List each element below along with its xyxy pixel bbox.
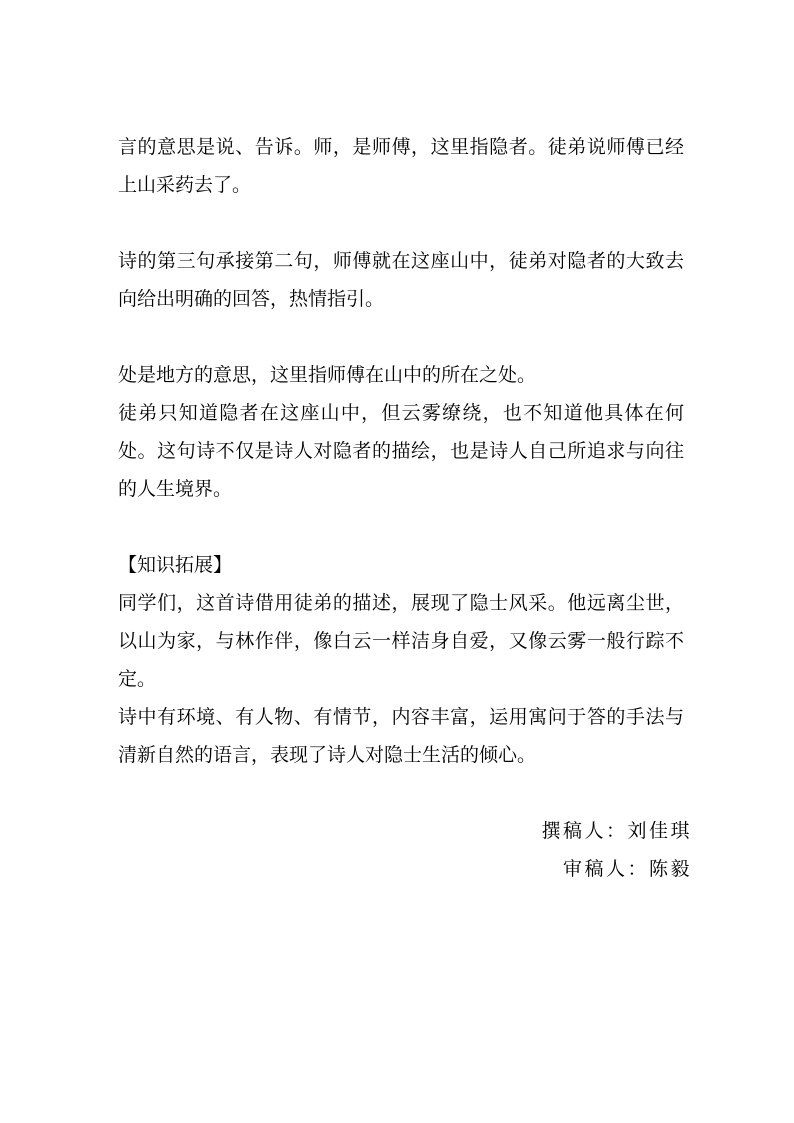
text-line: 上山采药去了。 xyxy=(118,167,684,205)
text-line: 定。 xyxy=(118,661,684,699)
text-line: 徒弟只知道隐者在这座山中，但云雾缭绕，也不知道他具体在何 xyxy=(118,395,684,433)
text-line: 诗的第三句承接第二句，师傅就在这座山中，徒弟对隐者的大致去 xyxy=(118,243,684,281)
text-line: 的人生境界。 xyxy=(118,471,684,509)
blank-line xyxy=(118,319,684,357)
text-line: 清新自然的语言，表现了诗人对隐士生活的倾心。 xyxy=(118,737,684,775)
text-line: 以山为家，与林作伴，像白云一样洁身自爱，又像云雾一般行踪不 xyxy=(118,623,684,661)
text-line: 言的意思是说、告诉。师，是师傅，这里指隐者。徒弟说师傅已经 xyxy=(118,129,684,167)
document-page: 言的意思是说、告诉。师，是师傅，这里指隐者。徒弟说师傅已经上山采药去了。诗的第三… xyxy=(0,0,794,1123)
document-content: 言的意思是说、告诉。师，是师傅，这里指隐者。徒弟说师傅已经上山采药去了。诗的第三… xyxy=(118,129,684,889)
blank-line xyxy=(118,205,684,243)
text-line: 【知识拓展】 xyxy=(118,547,684,585)
signature-line: 撰稿人：刘佳琪 xyxy=(118,813,692,851)
text-line: 同学们，这首诗借用徒弟的描述，展现了隐士风采。他远离尘世， xyxy=(118,585,684,623)
text-line: 向给出明确的回答，热情指引。 xyxy=(118,281,684,319)
text-line: 诗中有环境、有人物、有情节，内容丰富，运用寓问于答的手法与 xyxy=(118,699,684,737)
signature-line: 审稿人：陈毅 xyxy=(118,851,692,889)
blank-line xyxy=(118,509,684,547)
text-line: 处是地方的意思，这里指师傅在山中的所在之处。 xyxy=(118,357,684,395)
blank-line xyxy=(118,775,684,813)
text-line: 处。这句诗不仅是诗人对隐者的描绘，也是诗人自己所追求与向往 xyxy=(118,433,684,471)
